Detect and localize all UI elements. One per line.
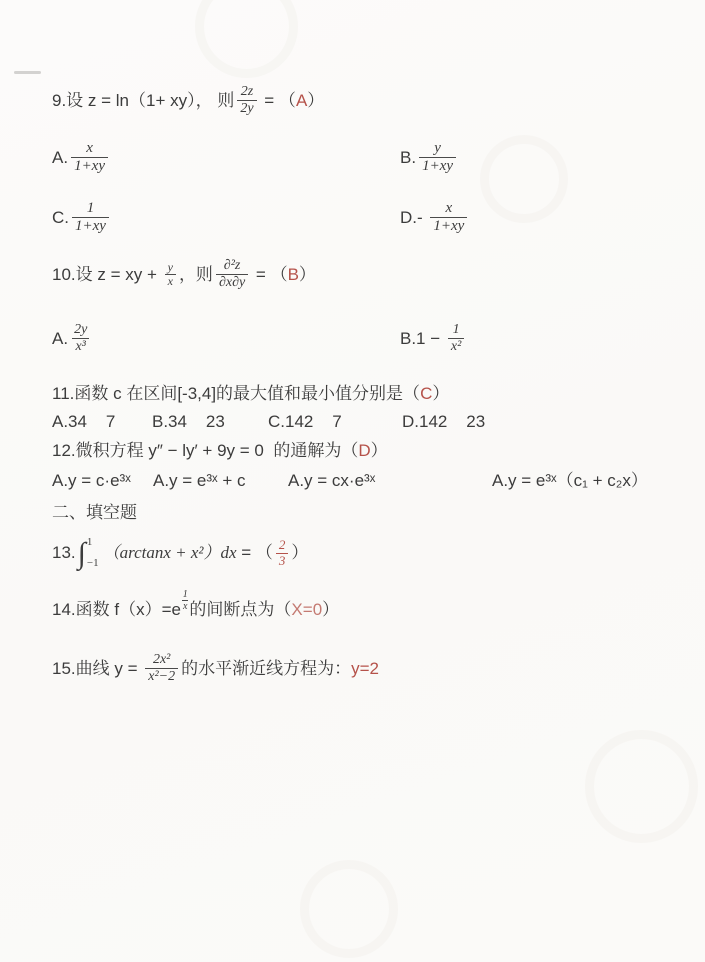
integral-limits: 1−1 [87,536,99,570]
q11-option-d-text: D.142 23 [402,411,485,432]
q12-option-3: A.y = cx·e³ˣ [288,470,375,491]
q12-option-3-text: A.y = cx·e³ˣ [288,470,375,491]
q12-option-2: A.y = e³ˣ + c [153,470,246,491]
q11-close-paren: ） [432,383,449,404]
q13-equals: = （ [237,542,273,563]
q10-frac2-num: ∂²z [221,258,244,274]
q12-answer: D [358,440,370,461]
q13-answer-den: 3 [276,553,289,569]
q9-option-a: A. x1+xy [52,140,111,176]
q15-stem-text: 15.曲线 y = [52,658,142,679]
q10-equals: = （ [251,264,287,285]
q12-option-1: A.y = c·e³ˣ [52,470,131,491]
watermark [300,860,398,958]
q9-equals: = （ [260,90,296,111]
q9-stem-line: 9.设 z = ln（1+ xy）， 则 2z2y = （ A ） [52,84,324,117]
q9-option-b-num: y [431,140,444,157]
q11-answer: C [420,383,432,404]
q9-option-c-num: 1 [84,200,98,217]
q9-option-a-num: x [83,140,96,157]
watermark [585,730,698,843]
q12-option-4-text: A.y = e³ˣ（c₁ + c₂x） [492,470,648,491]
q13-close-paren: ） [291,542,308,563]
q12-close-paren: ） [371,440,388,461]
q13-answer-num: 2 [276,538,289,553]
q11-option-b-text: B.34 23 [152,411,225,432]
q10-fraction-yx: yx [165,261,176,288]
q11-stem-line: 11.函数 c 在区间[-3,4]的最大值和最小值分别是（ C ） [52,383,449,404]
q14-mid-text: 的间断点为（ [189,599,291,620]
q13-number: 13. [52,542,76,563]
q10-stem-text: 10.设 z = xy + [52,264,162,285]
q14-close-paren: ） [322,599,339,620]
q9-option-d-label: D.- [400,207,427,228]
q10-close-paren: ） [299,264,316,285]
q9-option-b-fraction: y1+xy [419,140,456,176]
section-2-title: 二、填空题 [52,502,137,523]
q14-line: 14.函数 f（x）=e 1x 的间断点为（ X=0 ） [52,598,339,621]
q10-option-b-den: x² [448,338,464,355]
q13-line: 13. ∫ 1−1 （arctanx + x²）dx = （ 23 ） [52,536,308,570]
q15-answer: y=2 [351,658,379,679]
q9-option-b-den: 1+xy [419,157,456,175]
q11-option-a: A.34 7 [52,411,115,432]
q13-answer-fraction: 23 [276,538,289,569]
q9-option-a-fraction: x1+xy [71,140,108,176]
q9-option-d-num: x [443,200,456,217]
q10-frac1-den: x [165,274,176,288]
q9-option-a-label: A. [52,147,68,168]
top-dash [14,71,41,74]
watermark [480,135,568,223]
q15-fraction: 2x²x²−2 [145,652,178,685]
q10-option-b-label: B.1 − [400,328,445,349]
exam-page: 9.设 z = ln（1+ xy）， 则 2z2y = （ A ） A. x1+… [0,0,705,962]
q14-exp-num: 1 [183,589,188,600]
q10-option-b-num: 1 [450,322,463,338]
integral-lower-limit: −1 [87,557,99,570]
q9-close-paren: ） [307,90,324,111]
q12-option-2-text: A.y = e³ˣ + c [153,470,246,491]
q11-option-d: D.142 23 [402,411,485,432]
q10-answer: B [288,264,299,285]
q10-stem-line: 10.设 z = xy + yx ，则 ∂²z∂x∂y = （ B ） [52,258,316,291]
q12-option-4: A.y = e³ˣ（c₁ + c₂x） [492,470,648,491]
q9-option-d-den: 1+xy [430,217,467,235]
q10-option-a-den: x³ [72,338,88,355]
q10-frac2-den: ∂x∂y [216,274,248,291]
q11-option-a-text: A.34 7 [52,411,115,432]
q15-line: 15.曲线 y = 2x²x²−2 的水平渐近线方程为： y=2 [52,652,379,685]
q9-option-b: B. y1+xy [400,140,459,176]
q10-option-b: B.1 − 1x² [400,322,467,355]
q12-stem-text: 12.微积方程 y″ − ly′ + 9y = 0 的通解为（ [52,440,358,461]
q15-mid-text: 的水平渐近线方程为： [181,658,351,679]
q10-option-b-fraction: 1x² [448,322,464,355]
q9-stem-text: 9.设 z = ln（1+ xy）， 则 [52,90,234,111]
q10-mid-text: ，则 [179,264,213,285]
q10-option-a-fraction: 2yx³ [71,322,90,355]
q10-partial-fraction: ∂²z∂x∂y [216,258,248,291]
q9-option-d-fraction: x1+xy [430,200,467,236]
section-2-header: 二、填空题 [52,502,137,523]
q9-fraction-num: 2z [238,84,256,100]
q9-option-c-label: C. [52,207,69,228]
watermark [195,0,298,78]
q9-answer: A [296,90,307,111]
q14-exp-den: x [182,600,188,612]
q9-option-b-label: B. [400,147,416,168]
q10-option-a: A. 2yx³ [52,322,93,355]
q13-expression: （arctanx + x²）dx [103,542,237,563]
integral-sign: ∫ [78,540,86,567]
q14-stem-text: 14.函数 f（x）=e [52,599,181,620]
q11-option-c: C.142 7 [268,411,342,432]
q9-option-c-fraction: 11+xy [72,200,109,236]
q9-fraction: 2z2y [237,84,256,117]
q15-frac-den: x²−2 [145,668,178,685]
q12-stem-line: 12.微积方程 y″ − ly′ + 9y = 0 的通解为（ D ） [52,440,388,461]
q11-option-c-text: C.142 7 [268,411,342,432]
q9-option-c-den: 1+xy [72,217,109,235]
q14-answer: X=0 [291,599,322,620]
q11-stem-text: 11.函数 c 在区间[-3,4]的最大值和最小值分别是（ [52,383,420,404]
q11-option-b: B.34 23 [152,411,225,432]
q12-option-1-text: A.y = c·e³ˣ [52,470,131,491]
q9-option-a-den: 1+xy [71,157,108,175]
q9-option-c: C. 11+xy [52,200,112,236]
q14-exponent-fraction: 1x [182,589,188,612]
q10-option-a-num: 2y [71,322,90,338]
q15-frac-num: 2x² [150,652,173,668]
q10-frac1-num: y [165,261,176,274]
q9-option-d: D.- x1+xy [400,200,470,236]
q9-fraction-den: 2y [237,100,256,117]
q10-option-a-label: A. [52,328,68,349]
integral-upper-limit: 1 [87,536,99,549]
